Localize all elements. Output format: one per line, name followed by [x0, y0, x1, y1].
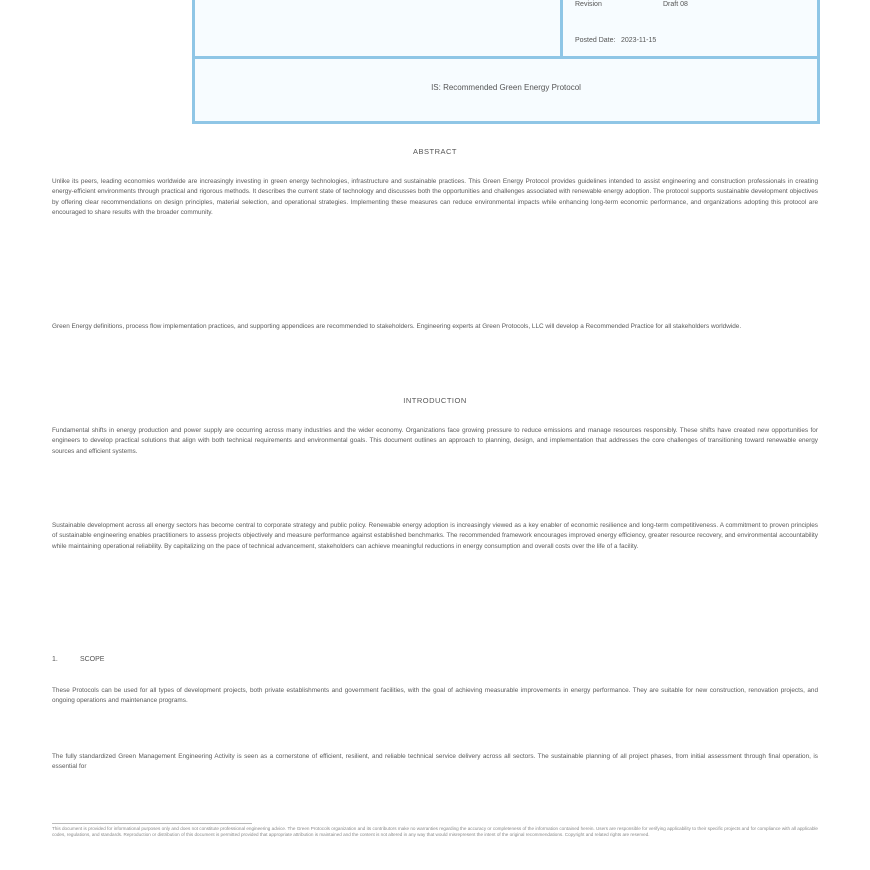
header-field-label: Revision: [575, 1, 602, 8]
abstract-heading: ABSTRACT: [0, 147, 870, 156]
scope-title: SCOPE: [80, 656, 105, 663]
introduction-paragraph-1: Fundamental shifts in energy production …: [52, 426, 818, 457]
abstract-paragraph-2: Green Energy definitions, process flow i…: [52, 322, 818, 332]
header-field-label: Posted Date:: [575, 37, 615, 44]
document-header-box: Revision Draft 08 Posted Date: 2023-11-1…: [192, 0, 820, 124]
scope-number: 1.: [52, 656, 78, 663]
header-right-cell: Revision Draft 08 Posted Date: 2023-11-1…: [563, 0, 817, 59]
header-left-cell: [195, 0, 563, 59]
introduction-paragraph-2: Sustainable development across all energ…: [52, 521, 818, 552]
introduction-heading: INTRODUCTION: [0, 396, 870, 405]
scope-heading: 1. SCOPE: [52, 656, 104, 663]
footnote: This document is provided for informatio…: [52, 826, 818, 839]
scope-paragraph-2: The fully standardized Green Management …: [52, 752, 818, 773]
header-field-revision: Revision Draft 08: [575, 1, 602, 8]
footnote-divider: [52, 823, 252, 824]
header-divider: [195, 56, 817, 59]
header-field-value: 2023-11-15: [621, 37, 656, 44]
document-page: Revision Draft 08 Posted Date: 2023-11-1…: [0, 0, 870, 870]
abstract-paragraph-1: Unlike its peers, leading economies worl…: [52, 177, 818, 219]
header-field-posted-date: Posted Date: 2023-11-15: [575, 37, 615, 44]
scope-paragraph-1: These Protocols can be used for all type…: [52, 686, 818, 707]
protocol-title: IS: Recommended Green Energy Protocol: [195, 83, 817, 92]
header-field-value: Draft 08: [663, 1, 688, 8]
